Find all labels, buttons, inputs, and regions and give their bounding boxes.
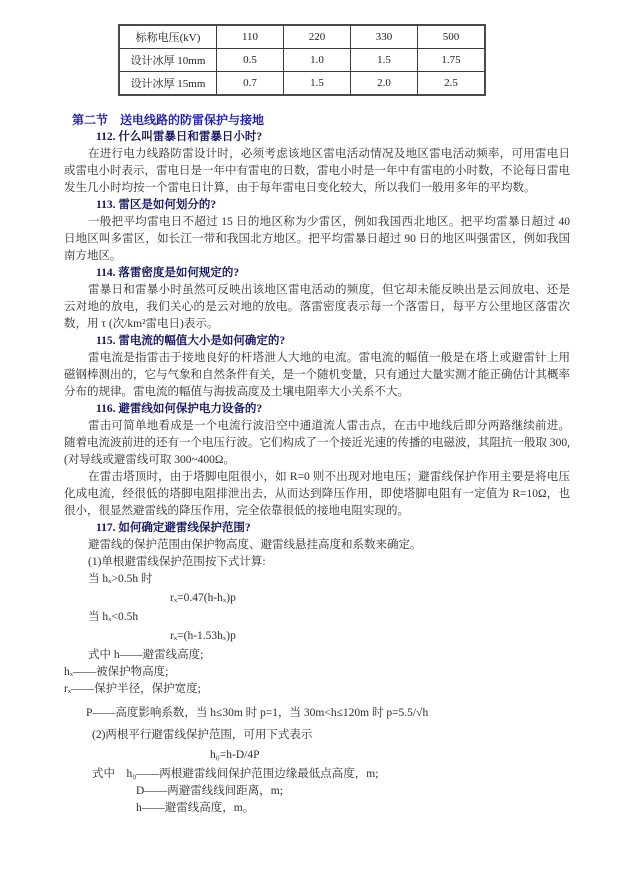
formula-rx-2: rₓ=(h-1.53hₓ)p <box>64 628 570 645</box>
table-cell: 设计冰厚 10mm <box>119 49 217 72</box>
definition-h0: 式中 h₀——两根避雷线间保护范围边缘最低点高度，m; <box>64 766 570 783</box>
question-117: 117. 如何确定避雷线保护范围? <box>64 520 570 537</box>
table-cell: 110 <box>217 25 284 49</box>
table-cell: 1.5 <box>351 49 418 72</box>
section-title: 第二节 送电线路的防雷保护与接地 <box>72 112 570 129</box>
table-row: 设计冰厚 10mm 0.5 1.0 1.5 1.75 <box>119 49 485 72</box>
table-cell: 0.7 <box>217 72 284 96</box>
question-116: 116. 避雷线如何保护电力设备的? <box>64 401 570 418</box>
table-cell: 2.5 <box>418 72 486 96</box>
condition-1: 当 hₓ>0.5h 时 <box>64 571 570 588</box>
definition-h-height: h——避雷线高度，m。 <box>64 800 570 817</box>
answer-113: 一般把平均雷电日不超过 15 日的地区称为少雷区，例如我国西北地区。把平均雷暴日… <box>64 214 570 265</box>
table-cell: 1.75 <box>418 49 486 72</box>
definition-rx: rₓ——保护半径，保护宽度; <box>64 681 570 698</box>
table-cell: 330 <box>351 25 418 49</box>
table-row: 设计冰厚 15mm 0.7 1.5 2.0 2.5 <box>119 72 485 96</box>
table-cell: 标称电压(kV) <box>119 25 217 49</box>
table-cell: 1.0 <box>284 49 351 72</box>
answer-117-intro: 避雷线的保护范围由保护物高度、避雷线悬挂高度和系数来确定。 <box>64 537 570 554</box>
table-cell: 220 <box>284 25 351 49</box>
item-double-wire: (2)两根平行避雷线保护范围，可用下式表示 <box>64 727 570 744</box>
ice-thickness-table: 标称电压(kV) 110 220 330 500 设计冰厚 10mm 0.5 1… <box>118 24 486 96</box>
answer-114: 雷暴日和雷暴小时虽然可反映出该地区雷电活动的频度，但它却未能反映出是云间放电、还… <box>64 282 570 333</box>
table-cell: 1.5 <box>284 72 351 96</box>
question-115: 115. 雷电流的幅值大小是如何确定的? <box>64 333 570 350</box>
definition-d: D——两避雷线线间距离，m; <box>64 783 570 800</box>
definition-p-coefficient: P——高度影响系数，当 h≤30m 时 p=1，当 30m<h≤120m 时 p… <box>64 705 570 722</box>
table-cell: 500 <box>418 25 486 49</box>
table-cell: 0.5 <box>217 49 284 72</box>
document-body: 第二节 送电线路的防雷保护与接地 112. 什么叫雷暴日和雷暴日小时? 在进行电… <box>0 96 632 817</box>
answer-115: 雷电流是指雷击于接地良好的杆塔泄人大地的电流。雷电流的幅值一般是在塔上或避雷针上… <box>64 350 570 401</box>
formula-rx-1: rₓ=0.47(h-hₓ)p <box>64 590 570 607</box>
table-cell: 设计冰厚 15mm <box>119 72 217 96</box>
table-cell: 2.0 <box>351 72 418 96</box>
definition-h: 式中 h——避雷线高度; <box>64 647 570 664</box>
answer-116-para-2: 在雷击塔顶时，由于塔脚电阻很小，如 R=0 则不出现对地电压；避雷线保护作用主要… <box>64 469 570 520</box>
answer-116-para-1: 雷击可简单地看成是一个电流行波沿空中通道流人雷击点，在击中地线后即分两路继续前进… <box>64 418 570 469</box>
question-112: 112. 什么叫雷暴日和雷暴日小时? <box>64 129 570 146</box>
question-113: 113. 雷区是如何划分的? <box>64 197 570 214</box>
item-single-wire: (1)单根避雷线保护范围按下式计算: <box>64 554 570 571</box>
table-row: 标称电压(kV) 110 220 330 500 <box>119 25 485 49</box>
condition-2: 当 hₓ<0.5h <box>64 609 570 626</box>
answer-112: 在进行电力线路防雷设计时，必须考虑该地区雷电活动情况及地区雷电活动频率，可用雷电… <box>64 146 570 197</box>
definition-hx: hₓ——被保护物高度; <box>64 664 570 681</box>
question-114: 114. 落雷密度是如何规定的? <box>64 265 570 282</box>
document-page: 标称电压(kV) 110 220 330 500 设计冰厚 10mm 0.5 1… <box>0 0 632 874</box>
formula-h0: h₀=h-D/4P <box>64 747 570 764</box>
